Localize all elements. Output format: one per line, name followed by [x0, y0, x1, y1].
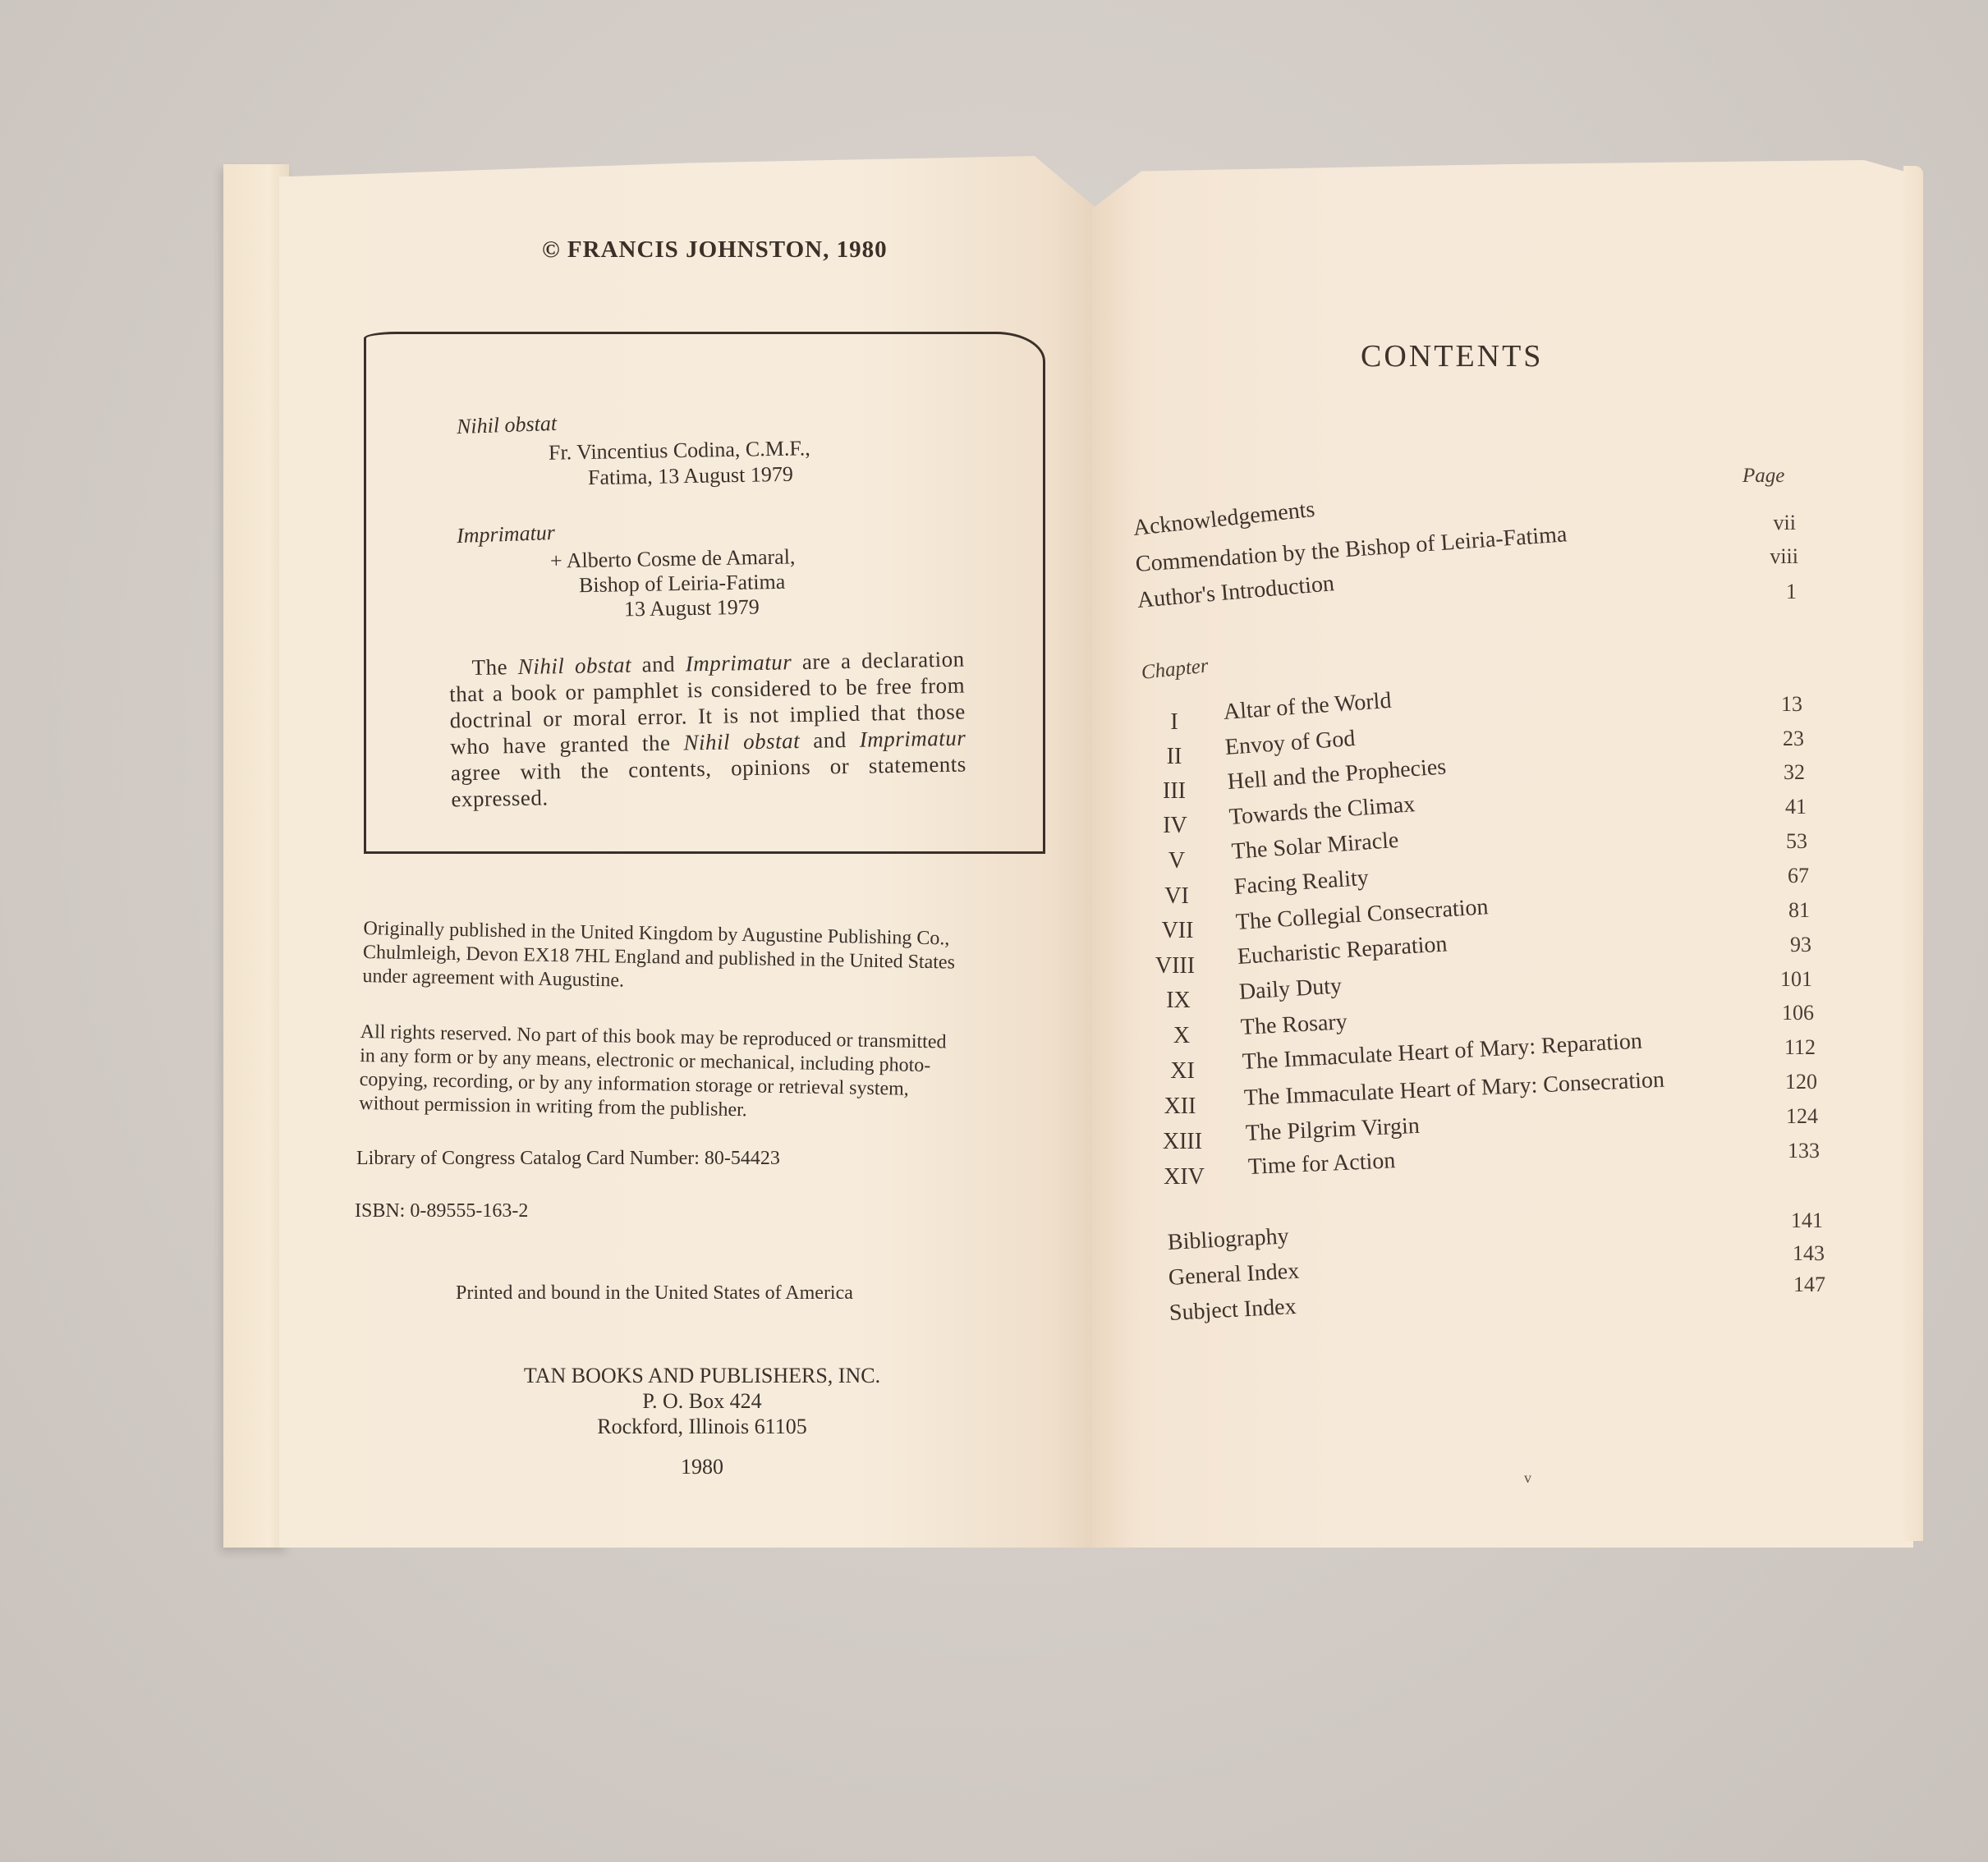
publisher-year: 1980 — [497, 1454, 907, 1479]
chapter-number: XI — [1154, 1058, 1211, 1085]
imprimatur-line: + Alberto Cosme de Amaral, — [550, 544, 796, 573]
lccn: Library of Congress Catalog Card Number:… — [356, 1147, 780, 1171]
toc-entry-page: viii — [1741, 544, 1798, 569]
toc-entry-page: 1 — [1739, 580, 1797, 604]
chapter-page: 124 — [1761, 1104, 1818, 1129]
declaration-text: and — [800, 727, 860, 753]
chapter-number: VI — [1148, 883, 1205, 910]
chapter-number: IX — [1150, 988, 1207, 1014]
right-page-stack-edge — [1903, 166, 1923, 1541]
chapter-page: 53 — [1750, 829, 1807, 854]
page-folio: v — [1524, 1470, 1531, 1487]
rights-note: All rights reserved. No part of this boo… — [359, 1020, 947, 1126]
chapter-number: VIII — [1146, 953, 1204, 979]
declaration-text: and — [631, 651, 686, 676]
publisher-city: Rockford, Illinois 61105 — [497, 1414, 907, 1439]
chapter-number: X — [1153, 1023, 1210, 1049]
declaration-paragraph: The Nihil obstat and Imprimatur are a de… — [448, 646, 966, 813]
declaration-text: agree with the contents, opinions or sta… — [451, 752, 966, 812]
chapter-page: 93 — [1754, 933, 1811, 957]
toc-entry-page: 147 — [1768, 1273, 1825, 1297]
chapter-page: 23 — [1747, 727, 1804, 751]
nihil-obstat-line: Fatima, 13 August 1979 — [588, 462, 793, 490]
chapter-page: 106 — [1756, 1001, 1814, 1025]
publisher-block: TAN BOOKS AND PUBLISHERS, INC. P. O. Box… — [497, 1363, 907, 1479]
toc-entry-page: vii — [1738, 511, 1796, 535]
chapter-number: III — [1146, 778, 1203, 805]
chapter-number: XIII — [1154, 1129, 1211, 1155]
declaration-text: The — [471, 654, 518, 680]
chapter-page: 101 — [1755, 967, 1812, 992]
declaration-text: Imprimatur — [685, 649, 792, 676]
isbn: ISBN: 0-89555-163-2 — [355, 1199, 528, 1223]
chapter-page: 41 — [1749, 795, 1807, 819]
declaration-text: Nihil obstat — [518, 653, 632, 679]
declaration-text: Nihil obstat — [683, 728, 800, 754]
chapter-page: 112 — [1758, 1035, 1816, 1060]
page-column-label: Page — [1742, 465, 1784, 488]
imprimatur-line: 13 August 1979 — [624, 595, 760, 622]
chapter-page: 120 — [1760, 1070, 1817, 1094]
declaration-text: Imprimatur — [859, 726, 966, 752]
chapter-page: 67 — [1752, 864, 1809, 888]
publisher-box: P. O. Box 424 — [497, 1388, 907, 1414]
nihil-obstat-label: Nihil obstat — [457, 411, 558, 439]
publication-note: Originally published in the United Kingd… — [362, 917, 955, 999]
toc-entry-page: 141 — [1765, 1208, 1823, 1233]
toc-entry-page: 143 — [1767, 1241, 1825, 1266]
imprimatur-line: Bishop of Leiria-Fatima — [579, 570, 786, 598]
imprimatur-label: Imprimatur — [457, 521, 556, 548]
nihil-obstat-line: Fr. Vincentius Codina, C.M.F., — [549, 436, 810, 465]
printed-note: Printed and bound in the United States o… — [456, 1282, 853, 1305]
chapter-number: I — [1146, 709, 1203, 736]
chapter-page: 133 — [1762, 1139, 1820, 1163]
chapter-number: VII — [1149, 918, 1206, 944]
copyright-line: © FRANCIS JOHNSTON, 1980 — [542, 236, 888, 264]
publisher-name: TAN BOOKS AND PUBLISHERS, INC. — [497, 1363, 907, 1388]
chapter-number: V — [1148, 848, 1205, 874]
chapter-page: 32 — [1747, 760, 1805, 785]
open-book: © FRANCIS JOHNSTON, 1980 Nihil obstat Fr… — [0, 0, 1988, 1862]
chapter-page: 81 — [1752, 898, 1810, 923]
chapter-number: XII — [1151, 1094, 1209, 1120]
chapter-number: IV — [1146, 813, 1204, 839]
contents-title: CONTENTS — [1361, 338, 1543, 374]
chapter-title: The Rosary — [1240, 1009, 1348, 1041]
chapter-number: XIV — [1155, 1164, 1213, 1190]
chapter-page: 13 — [1745, 692, 1802, 717]
chapter-number: II — [1146, 744, 1203, 770]
